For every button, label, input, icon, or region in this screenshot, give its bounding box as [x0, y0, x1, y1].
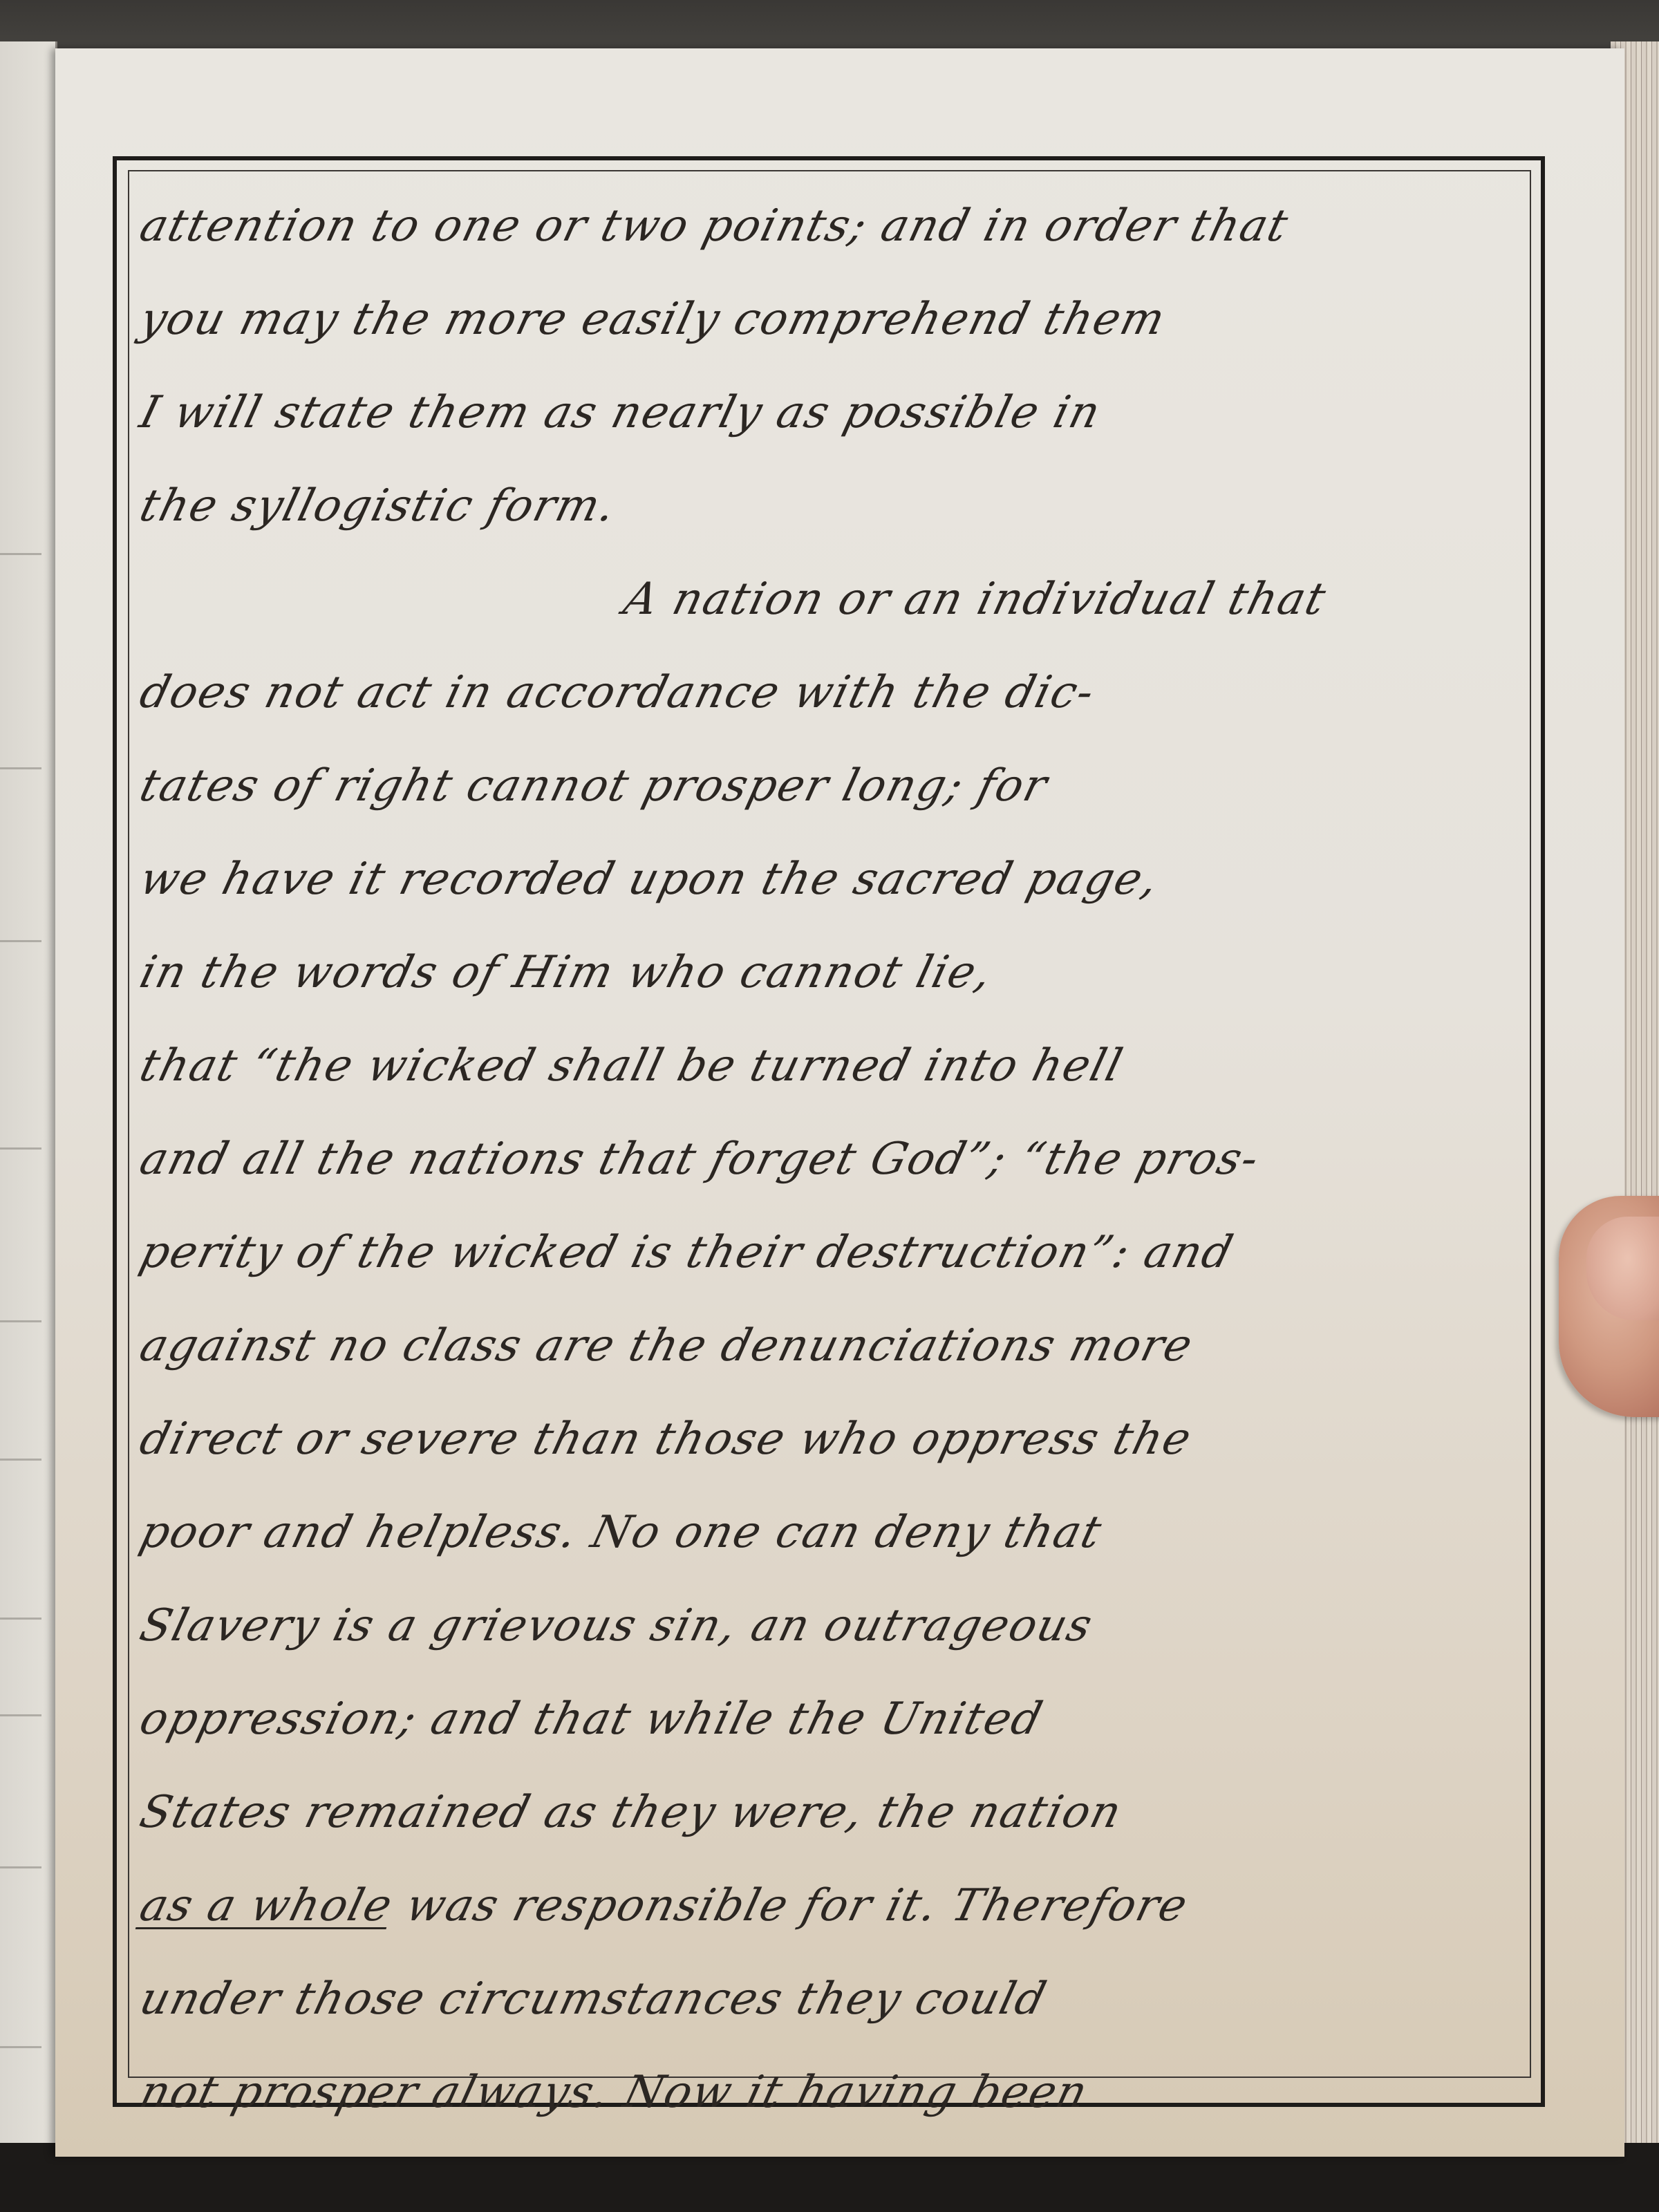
text-line: the syllogistic form.	[135, 480, 622, 532]
text-line-rest: was responsible for it. Therefore	[386, 1880, 1194, 1931]
text-line: as a whole was responsible for it. There…	[135, 1880, 1194, 1931]
text-line: and all the nations that forget God”; “t…	[135, 1134, 1265, 1185]
ghost-writing	[0, 2046, 41, 2048]
text-line: direct or severe than those who oppress …	[135, 1414, 1197, 1465]
text-line: against no class are the denunciations m…	[135, 1320, 1199, 1371]
text-line: we have it recorded upon the sacred page…	[135, 854, 1165, 905]
ghost-writing	[0, 1320, 41, 1322]
ghost-writing	[0, 1618, 41, 1620]
ghost-writing	[0, 940, 41, 942]
adjacent-left-page	[0, 41, 57, 2143]
text-line: tates of right cannot prosper long; for	[135, 760, 1053, 812]
ghost-writing	[0, 1866, 41, 1868]
text-line: poor and helpless. No one can deny that	[135, 1507, 1107, 1558]
text-line: perity of the wicked is their destructio…	[135, 1227, 1239, 1278]
underlined-phrase: as a whole	[135, 1880, 398, 1931]
text-line: does not act in accordance with the dic-	[135, 667, 1100, 718]
text-line: you may the more easily comprehend them	[135, 294, 1171, 345]
ghost-writing	[0, 767, 41, 769]
text-line: Slavery is a grievous sin, an outrageous	[135, 1600, 1098, 1651]
text-line: oppression; and that while the United	[135, 1694, 1049, 1745]
ghost-writing	[0, 1147, 41, 1150]
text-line: in the words of Him who cannot lie,	[135, 947, 998, 998]
text-line: under those circumstances they could	[135, 1974, 1052, 2025]
ghost-writing	[0, 1459, 41, 1461]
thumbnail-nail	[1586, 1217, 1659, 1320]
holding-thumb	[1559, 1196, 1659, 1417]
text-line: attention to one or two points; and in o…	[135, 200, 1294, 252]
ghost-writing	[0, 1714, 41, 1716]
ghost-writing	[0, 553, 41, 555]
text-line: that “the wicked shall be turned into he…	[135, 1040, 1128, 1091]
text-line-paragraph-start: A nation or an individual that	[619, 574, 1332, 625]
text-line: not prosper always. Now it having been	[135, 2067, 1094, 2118]
text-line: I will state them as nearly as possible …	[135, 387, 1107, 438]
text-line: States remained as they were, the nation	[135, 1787, 1127, 1838]
